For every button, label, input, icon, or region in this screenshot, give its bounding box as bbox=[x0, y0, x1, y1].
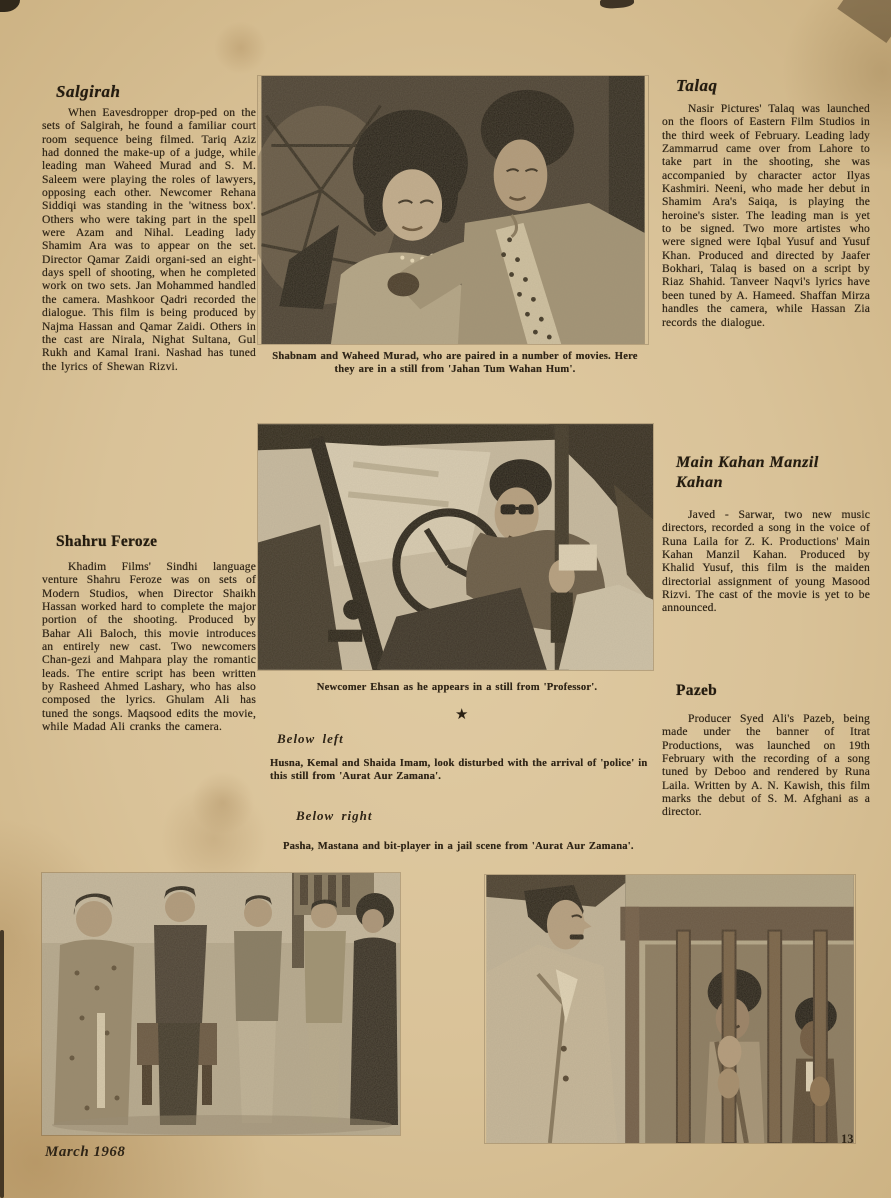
article-body-pazeb: Producer Syed Ali's Pazeb, being made un… bbox=[662, 712, 870, 819]
caption-below-right: Pasha, Mastana and bit-player in a jail … bbox=[283, 840, 868, 853]
photo-aurat-aur-zamana-jail bbox=[485, 875, 855, 1143]
article-body-talaq: Nasir Pictures' Talaq was launched on th… bbox=[662, 102, 870, 329]
article-title-talaq: Talaq bbox=[676, 76, 718, 96]
scan-mark-top-left bbox=[0, 0, 20, 12]
footer-date: March 1968 bbox=[45, 1144, 125, 1161]
star-divider-icon: ★ bbox=[455, 705, 468, 724]
article-title-pazeb: Pazeb bbox=[676, 682, 717, 700]
scan-streak-top bbox=[600, 0, 635, 9]
article-title-shahru-feroze: Shahru Feroze bbox=[56, 533, 157, 551]
binding-edge bbox=[0, 930, 4, 1198]
article-body-main-kahan: Javed - Sarwar, two new music directors,… bbox=[662, 508, 870, 615]
below-left-label: Below left bbox=[277, 731, 344, 747]
below-right-label: Below right bbox=[296, 808, 373, 824]
article-title-salgirah: Salgirah bbox=[56, 82, 120, 102]
page-number: 13 bbox=[841, 1132, 854, 1147]
caption-below-left: Husna, Kemal and Shaida Imam, look distu… bbox=[270, 757, 650, 783]
magazine-page: Salgirah When Eavesdropper drop-ped on t… bbox=[0, 0, 891, 1198]
scan-fold-top-right bbox=[837, 0, 891, 43]
caption-ehsan-professor: Newcomer Ehsan as he appears in a still … bbox=[262, 681, 652, 694]
photo-aurat-aur-zamana-group bbox=[42, 873, 400, 1135]
article-body-salgirah: When Eavesdropper drop-ped on the sets o… bbox=[42, 106, 256, 373]
photo-shabnam-waheed-murad bbox=[258, 76, 648, 344]
article-body-shahru-feroze: Khadim Films' Sindhi language venture Sh… bbox=[42, 560, 256, 733]
article-title-main-kahan: Main Kahan Manzil Kahan bbox=[676, 453, 866, 493]
caption-shabnam-waheed: Shabnam and Waheed Murad, who are paired… bbox=[262, 350, 648, 376]
photo-ehsan-professor bbox=[258, 424, 653, 670]
